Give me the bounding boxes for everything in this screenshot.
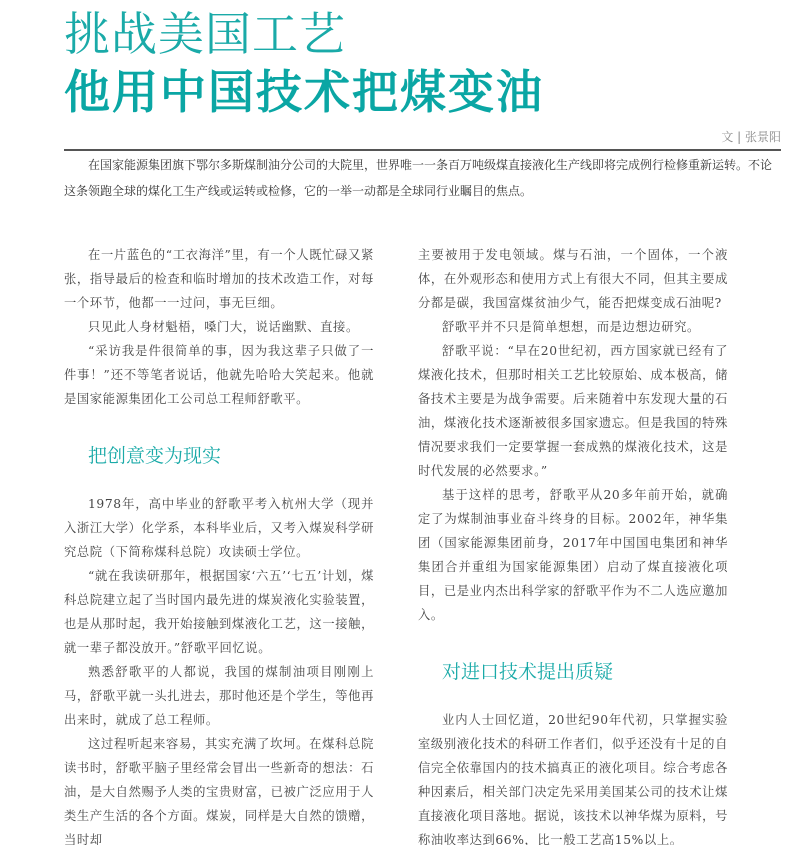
body-paragraph: 熟悉舒歌平的人都说，我国的煤制油项目刚刚上马，舒歌平就一头扎进去，那时他还是个学… [64,660,374,732]
body-paragraph: 只见此人身材魁梧，嗓门大，说话幽默、直接。 [64,315,374,339]
right-column: 主要被用于发电领域。煤与石油，一个固体，一个液体，在外观形态和使用方式上有很大不… [418,243,728,845]
byline: 文 | 张景阳 [64,128,781,145]
section-heading: 把创意变为现实 [64,441,374,468]
body-paragraph: “就在我读研那年，根据国家‘六五’‘七五’计划，煤科总院建立起了当时国内最先进的… [64,564,374,660]
body-paragraph: 基于这样的思考，舒歌平从20多年前开始，就确定了为煤制油事业奋斗终身的目标。20… [418,483,728,627]
body-paragraph: 1978年，高中毕业的舒歌平考入杭州大学（现并入浙江大学）化学系，本科毕业后，又… [64,492,374,564]
body-paragraph: 在一片蓝色的“工衣海洋”里，有一个人既忙碌又紧张，指导最后的检查和临时增加的技术… [64,243,374,315]
section-heading: 对进口技术提出质疑 [418,657,728,684]
body-paragraph: 主要被用于发电领域。煤与石油，一个固体，一个液体，在外观形态和使用方式上有很大不… [418,243,728,315]
body-paragraph: 舒歌平并不只是简单想想，而是边想边研究。 [418,315,728,339]
body-paragraph: 舒歌平说：“早在20世纪初，西方国家就已经有了煤液化技术，但那时相关工艺比较原始… [418,339,728,483]
title-line-2: 他用中国技术把煤变油 [64,64,544,120]
lead-paragraph: 在国家能源集团旗下鄂尔多斯煤制油分公司的大院里，世界唯一一条百万吨级煤直接液化生… [64,152,781,204]
header-divider [64,149,781,151]
body-paragraph: 这过程听起来容易，其实充满了坎坷。在煤科总院读书时，舒歌平脑子里经常会冒出一些新… [64,732,374,845]
body-paragraph: “采访我是件很简单的事，因为我这辈子只做了一件事！”还不等笔者说话，他就先哈哈大… [64,339,374,411]
body-paragraph: 业内人士回忆道，20世纪90年代初，只掌握实验室级别液化技术的科研工作者们，似乎… [418,708,728,845]
title-line-1: 挑战美国工艺 [64,6,346,62]
left-column: 在一片蓝色的“工衣海洋”里，有一个人既忙碌又紧张，指导最后的检查和临时增加的技术… [64,243,374,845]
